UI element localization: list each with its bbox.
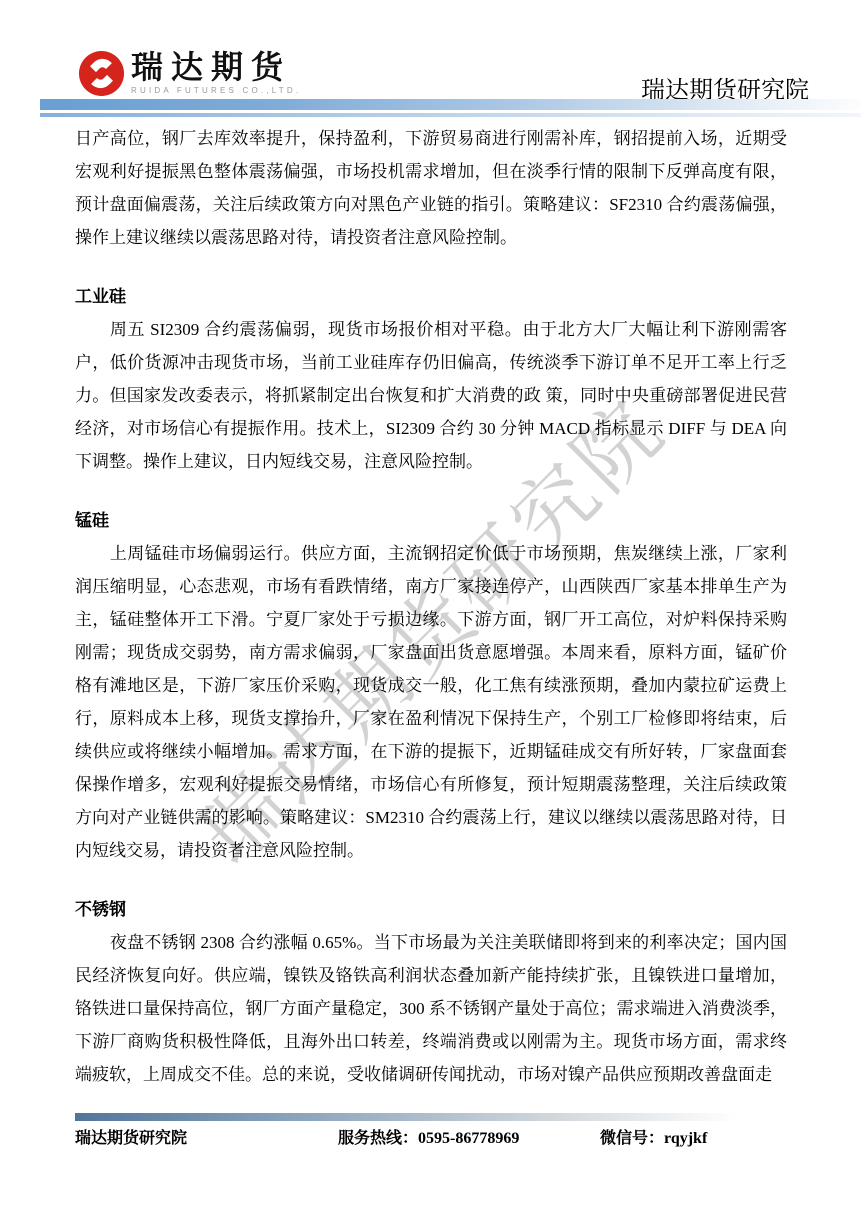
intro-paragraph: 日产高位，钢厂去库效率提升，保持盈利，下游贸易商进行刚需补库，钢招提前入场，近期…: [75, 122, 787, 254]
footer-hotline: 服务热线：0595-86778969: [338, 1127, 519, 1151]
section-paragraph-stainless-steel: 夜盘不锈钢 2308 合约涨幅 0.65%。当下市场最为关注美联储即将到来的利率…: [75, 926, 787, 1091]
page-footer: 瑞达期货研究院 服务热线：0595-86778969 微信号：rqyjkf: [0, 1127, 861, 1151]
report-body: 日产高位，钢厂去库效率提升，保持盈利，下游贸易商进行刚需补库，钢招提前入场，近期…: [75, 122, 787, 1091]
company-logo: 瑞达期货 RUIDA FUTURES CO.,LTD.: [78, 50, 301, 97]
ruida-logo-icon: [78, 50, 125, 97]
header-divider-bar: [40, 99, 861, 110]
footer-institute: 瑞达期货研究院: [75, 1127, 187, 1151]
footer-divider-bar: [75, 1113, 738, 1121]
section-paragraph-industrial-silicon: 周五 SI2309 合约震荡偏弱，现货市场报价相对平稳。由于北方大厂大幅让利下游…: [75, 313, 787, 478]
header-divider-line: [40, 113, 861, 117]
brand-name: 瑞达期货: [131, 50, 301, 84]
document-page: 瑞达期货 RUIDA FUTURES CO.,LTD. 瑞达期货研究院 瑞达期货…: [0, 0, 861, 1217]
section-heading-manganese-silicon: 锰硅: [75, 504, 787, 537]
brand-subtitle: RUIDA FUTURES CO.,LTD.: [131, 86, 301, 95]
section-heading-industrial-silicon: 工业硅: [75, 280, 787, 313]
page-header: 瑞达期货 RUIDA FUTURES CO.,LTD. 瑞达期货研究院: [0, 0, 861, 120]
brand-text: 瑞达期货 RUIDA FUTURES CO.,LTD.: [131, 50, 301, 95]
footer-wechat: 微信号：rqyjkf: [600, 1127, 707, 1151]
section-heading-stainless-steel: 不锈钢: [75, 893, 787, 926]
section-paragraph-manganese-silicon: 上周锰硅市场偏弱运行。供应方面，主流钢招定价低于市场预期，焦炭继续上涨，厂家利润…: [75, 537, 787, 867]
